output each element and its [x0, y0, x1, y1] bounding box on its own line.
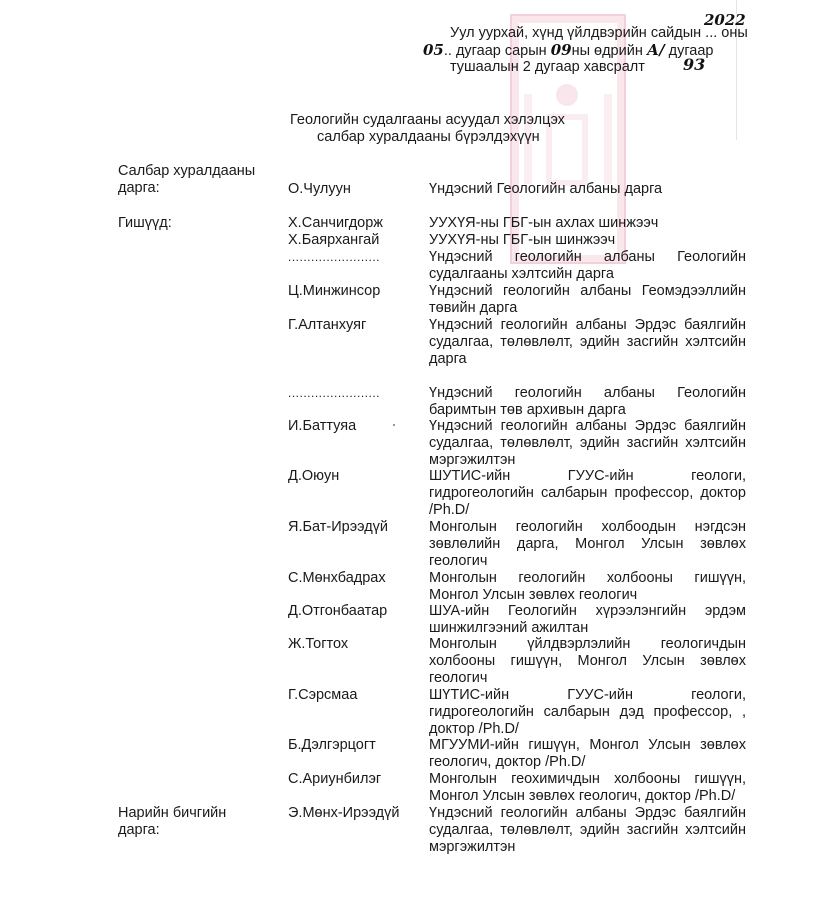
- member-name: Д.Оюун: [288, 468, 418, 485]
- member-position: Үндэсний геологийн албаны Геомэдээллийн …: [429, 283, 746, 317]
- approval-line-2: 05.. дугаар сарын 09ны өдрийн А/ дугаар: [423, 42, 750, 59]
- approval-line-2-end: дугаар: [669, 43, 714, 59]
- chair-name: О.Чулуун: [288, 181, 418, 198]
- member-name: С.Мөнхбадрах: [288, 570, 418, 587]
- member-name: Б.Дэлгэрцогт: [288, 737, 418, 754]
- scan-speck: [393, 424, 395, 426]
- member-name: Г.Алтанхуяг: [288, 317, 418, 334]
- title-line-1: Геологийн судалгааны асуудал хэлэлцэх: [290, 112, 610, 129]
- member-name: Х.Санчигдорж: [288, 215, 418, 232]
- member-position: УУХҮЯ-ны ГБГ-ын шинжээч: [429, 232, 746, 249]
- secretary-position: Үндэсний геологийн албаны Эрдэс баялгийн…: [429, 805, 746, 856]
- member-position: Үндэсний геологийн албаны Геологийн суда…: [429, 249, 746, 283]
- stamp-emblem-icon: [556, 84, 578, 106]
- document-title: Геологийн судалгааны асуудал хэлэлцэх са…: [290, 112, 610, 146]
- member-position: УУХҮЯ-ны ГБГ-ын ахлах шинжээч: [429, 215, 746, 232]
- handwritten-month: 05: [423, 41, 444, 59]
- member-position: ШҮТИС-ийн ГУУС-ийн геологи, гидрогеологи…: [429, 687, 746, 738]
- member-name-placeholder: ........................: [288, 385, 418, 402]
- member-position: ШУА-ийн Геологийн хүрээлэнгийн эрдэм шин…: [429, 603, 746, 637]
- secretary-role-label: Нарийн бичгийн дарга:: [118, 805, 268, 839]
- secretary-name: Э.Мөнх-Ирээдүй: [288, 805, 418, 822]
- member-position: Монголын геологийн холбооны гишүүн, Монг…: [429, 570, 746, 604]
- handwritten-day: 09: [551, 41, 572, 59]
- member-name: Я.Бат-Ирээдүй: [288, 519, 418, 536]
- member-name-placeholder: ........................: [288, 249, 418, 266]
- approval-month-suffix: .. дугаар сарын: [444, 43, 547, 59]
- member-name: С.Ариунбилэг: [288, 771, 418, 788]
- approval-line-3: тушаалын 2 дугаар хавсралт: [450, 59, 750, 76]
- handwritten-order-number-1: А/: [647, 41, 665, 59]
- member-position: Монголын геохимичдын холбооны гишүүн, Мо…: [429, 771, 746, 805]
- member-name: Ц.Минжинсор: [288, 283, 418, 300]
- title-line-2: салбар хуралдааны бүрэлдэхүүн: [290, 129, 610, 146]
- approval-line-1: Уул уурхай, хүнд үйлдвэрийн сайдын ... о…: [450, 25, 750, 42]
- approval-note: Уул уурхай, хүнд үйлдвэрийн сайдын ... о…: [450, 25, 750, 76]
- member-position: МГУУМИ-ийн гишүүн, Монгол Улсын зөвлөх г…: [429, 737, 746, 771]
- member-name: Д.Отгонбаатар: [288, 603, 418, 620]
- chair-role-label: Салбар хуралдааны дарга:: [118, 163, 278, 197]
- member-position: Монголын үйлдвэрлэлийн геологичдын холбо…: [429, 636, 746, 687]
- approval-day-suffix: ны өдрийн: [572, 43, 643, 59]
- chair-position: Үндэсний Геологийн албаны дарга: [429, 181, 746, 198]
- member-name: Х.Баярхангай: [288, 232, 418, 249]
- member-name: Г.Сэрсмаа: [288, 687, 418, 704]
- member-name: Ж.Тогтох: [288, 636, 418, 653]
- member-position: Үндэсний геологийн албаны Геологийн бари…: [429, 385, 746, 419]
- member-position: Үндэсний геологийн албаны Эрдэс баялгийн…: [429, 317, 746, 368]
- member-position: Монголын геологийн холбоодын нэгдсэн зөв…: [429, 519, 746, 570]
- member-name: И.Баттуяа: [288, 418, 418, 435]
- member-position: Үндэсний геологийн албаны Эрдэс баялгийн…: [429, 418, 746, 469]
- members-label: Гишүүд:: [118, 215, 278, 232]
- member-position: ШУТИС-ийн ГУУС-ийн геологи, гидрогеологи…: [429, 468, 746, 519]
